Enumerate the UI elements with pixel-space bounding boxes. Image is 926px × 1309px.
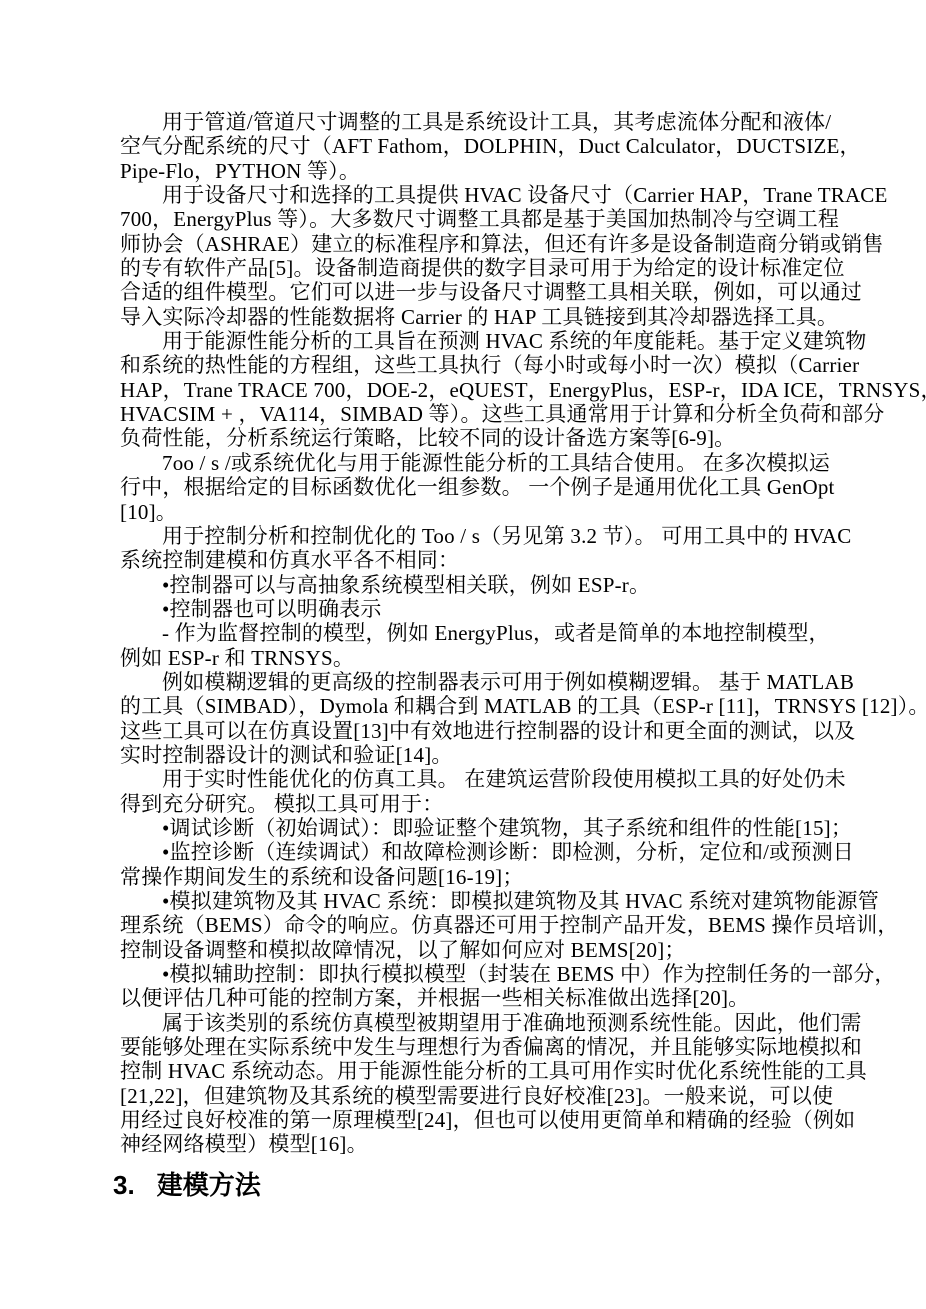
text-line: 和系统的热性能的方程组，这些工具执行（每小时或每小时一次）模拟（Carrier — [120, 353, 826, 377]
text-line: 700，EnergyPlus 等）。大多数尺寸调整工具都是基于美国加热制冷与空调… — [120, 207, 826, 231]
text-line: 用于实时性能优化的仿真工具。 在建筑运营阶段使用模拟工具的好处仍未 — [120, 767, 826, 791]
text-line: 负荷性能，分析系统运行策略，比较不同的设计备选方案等[6-9]。 — [120, 426, 826, 450]
text-line: HAP，Trane TRACE 700，DOE-2，eQUEST，EnergyP… — [120, 378, 826, 402]
document-page: 用于管道/管道尺寸调整的工具是系统设计工具，其考虑流体分配和液体/空气分配系统的… — [0, 0, 926, 1309]
text-line: 控制 HVAC 系统动态。用于能源性能分析的工具可用作实时优化系统性能的工具 — [120, 1059, 826, 1083]
text-line: 的专有软件产品[5]。设备制造商提供的数字目录可用于为给定的设计标准定位 — [120, 256, 826, 280]
text-line: 用经过良好校准的第一原理模型[24]，但也可以使用更简单和精确的经验（例如 — [120, 1108, 826, 1132]
text-line: [21,22]，但建筑物及其系统的模型需要进行良好校准[23]。一般来说，可以使 — [120, 1084, 826, 1108]
text-line: •调试诊断（初始调试）：即验证整个建筑物，其子系统和组件的性能[15]； — [120, 816, 826, 840]
text-line: •模拟建筑物及其 HVAC 系统：即模拟建筑物及其 HVAC 系统对建筑物能源管 — [120, 889, 826, 913]
text-line: 用于设备尺寸和选择的工具提供 HVAC 设备尺寸（Carrier HAP，Tra… — [120, 183, 826, 207]
text-line: 要能够处理在实际系统中发生与理想行为香偏离的情况，并且能够实际地模拟和 — [120, 1035, 826, 1059]
text-line: 行中，根据给定的目标函数优化一组参数。 一个例子是通用优化工具 GenOpt — [120, 475, 826, 499]
text-line: 例如模糊逻辑的更高级的控制器表示可用于例如模糊逻辑。 基于 MATLAB — [120, 670, 826, 694]
text-line: 师协会（ASHRAE）建立的标准程序和算法，但还有许多是设备制造商分销或销售 — [120, 232, 826, 256]
text-line: 系统控制建模和仿真水平各不相同： — [120, 548, 826, 572]
text-line: HVACSIM + ，VA114，SIMBAD 等）。这些工具通常用于计算和分析… — [120, 402, 826, 426]
text-line: •控制器也可以明确表示 — [120, 597, 826, 621]
text-line: 合适的组件模型。它们可以进一步与设备尺寸调整工具相关联，例如，可以通过 — [120, 280, 826, 304]
text-lines-container: 用于管道/管道尺寸调整的工具是系统设计工具，其考虑流体分配和液体/空气分配系统的… — [120, 110, 826, 1157]
section-title: 建模方法 — [157, 1170, 261, 1200]
document-body: 用于管道/管道尺寸调整的工具是系统设计工具，其考虑流体分配和液体/空气分配系统的… — [120, 110, 826, 1201]
text-line: 用于能源性能分析的工具旨在预测 HVAC 系统的年度能耗。基于定义建筑物 — [120, 329, 826, 353]
text-line: 实时控制器设计的测试和验证[14]。 — [120, 743, 826, 767]
text-line: 得到充分研究。 模拟工具可用于： — [120, 792, 826, 816]
text-line: 空气分配系统的尺寸（AFT Fathom，DOLPHIN，Duct Calcul… — [120, 134, 826, 158]
text-line: 理系统（BEMS）命令的响应。仿真器还可用于控制产品开发，BEMS 操作员培训， — [120, 913, 826, 937]
text-line: 属于该类别的系统仿真模型被期望用于准确地预测系统性能。因此，他们需 — [120, 1011, 826, 1035]
text-line: 常操作期间发生的系统和设备问题[16-19]； — [120, 865, 826, 889]
text-line: 用于管道/管道尺寸调整的工具是系统设计工具，其考虑流体分配和液体/ — [120, 110, 826, 134]
text-line: 控制设备调整和模拟故障情况，以了解如何应对 BEMS[20]； — [120, 938, 826, 962]
text-line: Pipe-Flo，PYTHON 等）。 — [120, 159, 826, 183]
section-number: 3. — [113, 1169, 135, 1201]
text-line: 用于控制分析和控制优化的 Too / s（另见第 3.2 节）。 可用工具中的 … — [120, 524, 826, 548]
text-line: 的工具（SIMBAD），Dymola 和耦合到 MATLAB 的工具（ESP-r… — [120, 694, 826, 718]
text-line: 例如 ESP-r 和 TRNSYS。 — [120, 646, 826, 670]
text-line: •控制器可以与高抽象系统模型相关联，例如 ESP-r。 — [120, 573, 826, 597]
text-line: 以便评估几种可能的控制方案，并根据一些相关标准做出选择[20]。 — [120, 986, 826, 1010]
text-line: •模拟辅助控制：即执行模拟模型（封装在 BEMS 中）作为控制任务的一部分， — [120, 962, 826, 986]
text-line: - 作为监督控制的模型，例如 EnergyPlus，或者是简单的本地控制模型， — [120, 621, 826, 645]
text-line: 这些工具可以在仿真设置[13]中有效地进行控制器的设计和更全面的测试，以及 — [120, 719, 826, 743]
text-line: 神经网络模型）模型[16]。 — [120, 1132, 826, 1156]
text-line: [10]。 — [120, 500, 826, 524]
section-heading: 3.建模方法 — [113, 1169, 826, 1201]
text-line: 7oo / s /或系统优化与用于能源性能分析的工具结合使用。 在多次模拟运 — [120, 451, 826, 475]
text-line: 导入实际冷却器的性能数据将 Carrier 的 HAP 工具链接到其冷却器选择工… — [120, 305, 826, 329]
text-line: •监控诊断（连续调试）和故障检测诊断：即检测，分析，定位和/或预测日 — [120, 840, 826, 864]
